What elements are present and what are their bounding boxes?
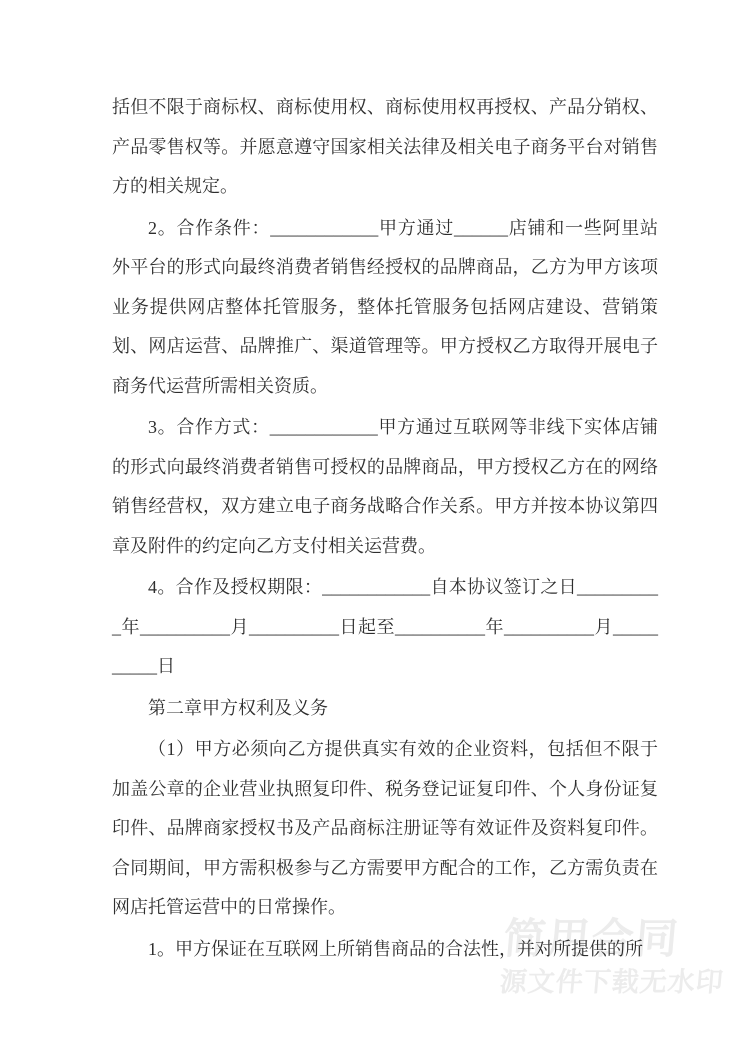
paragraph-party-a-obligations: （1）甲方必须向乙方提供真实有效的企业资料，包括但不限于加盖公章的企业营业执照复… <box>112 730 658 928</box>
paragraph-cooperation-method: 3。合作方式：____________甲方通过互联网等非线下实体店铺的形式向最终… <box>112 408 658 566</box>
contract-page: 括但不限于商标权、商标使用权、商标使用权再授权、产品分销权、产品零售权等。并愿意… <box>112 88 658 971</box>
paragraph-continuation: 括但不限于商标权、商标使用权、商标使用权再授权、产品分销权、产品零售权等。并愿意… <box>112 88 658 207</box>
chapter-heading: 第二章甲方权利及义务 <box>112 689 658 729</box>
paragraph-party-a-guarantee: 1。甲方保证在互联网上所销售商品的合法性，并对所提供的所 <box>112 930 658 970</box>
paragraph-cooperation-term: 4。合作及授权期限：____________自本协议签订之日__________… <box>112 568 658 687</box>
watermark-tagline: 源文件下载无水印 <box>499 969 725 996</box>
paragraph-cooperation-conditions: 2。合作条件：____________甲方通过______店铺和一些阿里站外平台… <box>112 209 658 407</box>
